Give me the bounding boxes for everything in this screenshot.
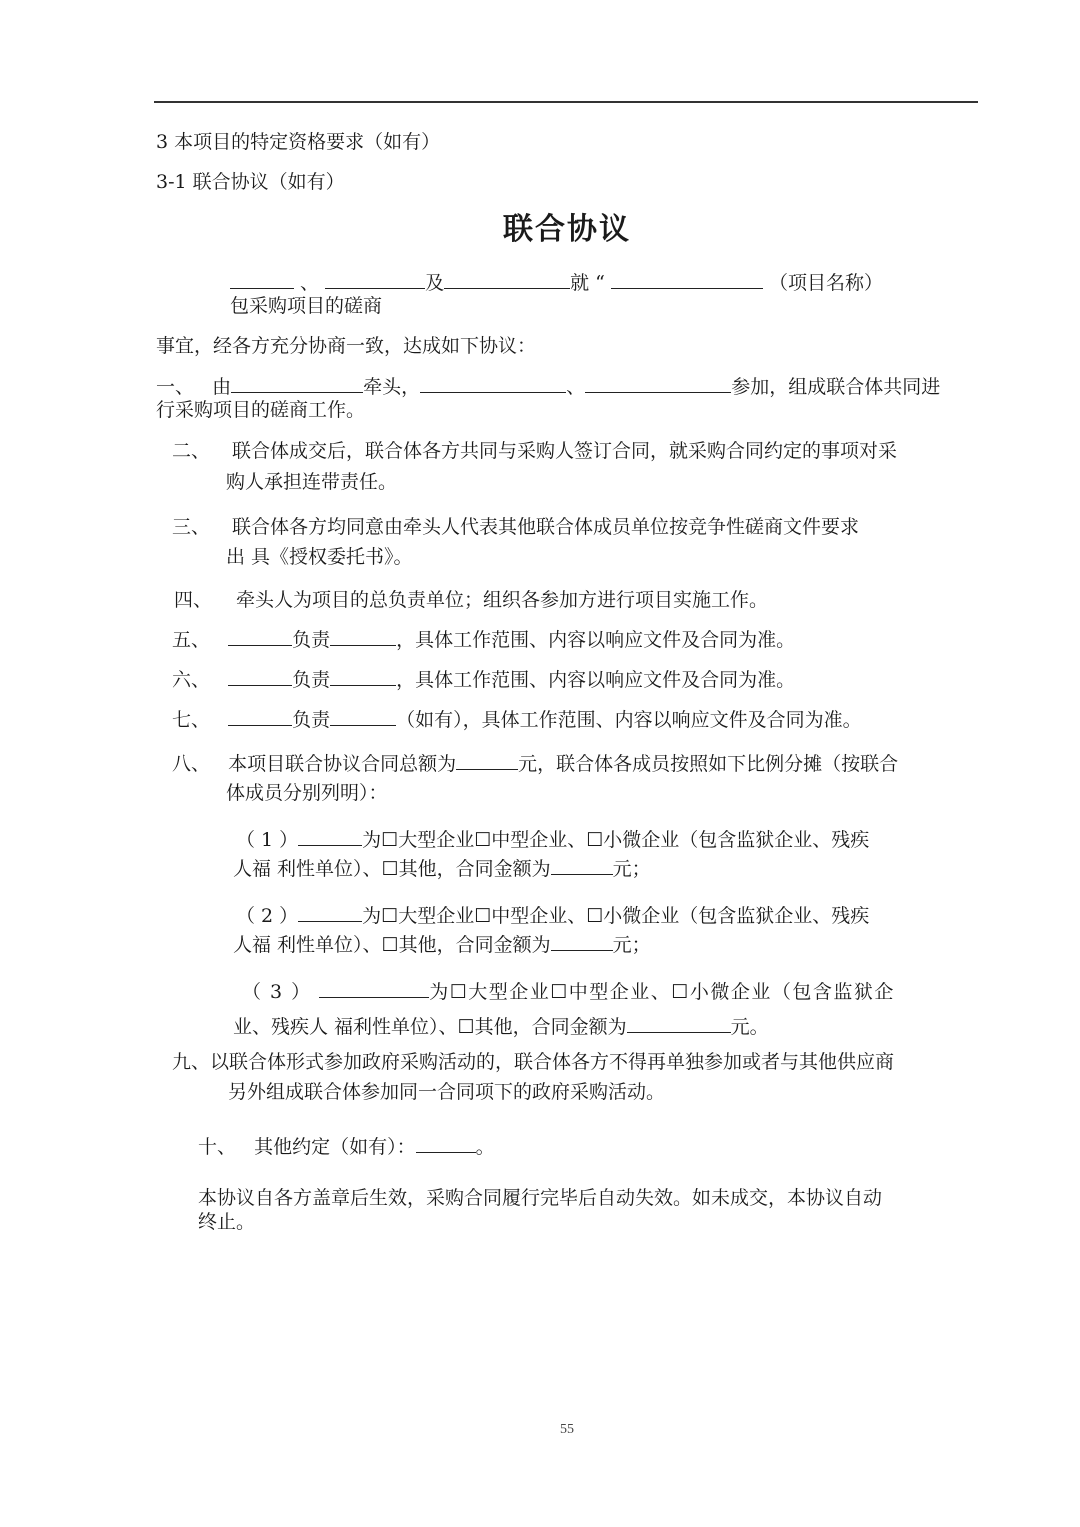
blank-member-1[interactable]	[420, 374, 566, 393]
clause-3-line-2: 出 具《授权委托书》。	[226, 545, 413, 569]
blank-c7-party[interactable]	[228, 707, 292, 726]
blank-c5-scope[interactable]	[330, 627, 396, 646]
clause-6: 六、 负责，具体工作范围、内容以响应文件及合同为准。	[172, 667, 795, 692]
blank-c7-scope[interactable]	[330, 707, 396, 726]
blank-party-2[interactable]	[325, 270, 425, 289]
document-title: 联合协议	[0, 210, 1080, 250]
clause-2-line-2: 购人承担连带责任。	[226, 470, 397, 494]
clause-10: 十、 其他约定（如有）：。	[198, 1134, 495, 1159]
blank-member-3-amount[interactable]	[627, 1014, 731, 1033]
clause-9-line-2: 另外组成联合体参加同一合同项下的政府采购活动。	[228, 1080, 665, 1104]
clause-8: 八、 本项目联合协议合同总额为元，联合体各成员按照如下比例分摊（按联合	[172, 751, 898, 776]
blank-member-2[interactable]	[585, 374, 731, 393]
member-3-line-2: 业、残疾人 福利性单位）、☐其他，合同金额为元。	[233, 1014, 769, 1039]
blank-c6-scope[interactable]	[330, 667, 396, 686]
blank-member-2-name[interactable]	[298, 903, 362, 922]
blank-lead[interactable]	[231, 374, 363, 393]
clause-4-line-1: 牵头人为项目的总负责单位；组织各参加方进行项目实施工作。	[236, 588, 768, 612]
blank-party-3[interactable]	[444, 270, 570, 289]
header-rule	[154, 101, 978, 103]
member-1-line-1: （ 1 ）为☐大型企业☐中型企业、☐小微企业（包含监狱企业、残疾	[236, 827, 869, 852]
clause-1: 一、 由牵头，、参加，组成联合体共同进	[156, 374, 940, 399]
clause-3-line-1: 联合体各方均同意由牵头人代表其他联合体成员单位按竞争性磋商文件要求	[232, 515, 859, 539]
blank-member-1-name[interactable]	[298, 827, 362, 846]
clause-8-line-2: 体成员分别列明）：	[226, 781, 388, 805]
intro-line-2: 包采购项目的磋商	[230, 294, 382, 318]
blank-c5-party[interactable]	[228, 627, 292, 646]
member-2-line-1: （ 2 ）为☐大型企业☐中型企业、☐小微企业（包含监狱企业、残疾	[236, 903, 869, 928]
blank-member-3-name[interactable]	[319, 979, 429, 998]
blank-project-name[interactable]	[611, 270, 763, 289]
blank-member-1-amount[interactable]	[551, 856, 613, 875]
clause-3-num: 三、	[172, 515, 210, 539]
intro-line-3: 事宜，经各方充分协商一致，达成如下协议：	[156, 334, 536, 358]
clause-4-num: 四、	[174, 588, 212, 612]
clause-1-line-2: 行采购项目的磋商工作。	[156, 398, 365, 422]
member-2-line-2: 人福 利性单位）、☐其他，合同金额为元；	[233, 932, 651, 957]
subsection-heading: 3-1 联合协议（如有）	[156, 170, 345, 194]
clause-2-line-1: 联合体成交后，联合体各方共同与采购人签订合同，就采购合同约定的事项对采	[232, 439, 897, 463]
clause-5: 五、 负责，具体工作范围、内容以响应文件及合同为准。	[172, 627, 795, 652]
blank-total-amount[interactable]	[456, 751, 518, 770]
clause-7: 七、 负责（如有），具体工作范围、内容以响应文件及合同为准。	[172, 707, 862, 732]
section-heading: 3 本项目的特定资格要求（如有）	[156, 130, 440, 154]
intro-line-1: 、 及就 “ （项目名称）	[230, 270, 883, 295]
closing-line-1: 本协议自各方盖章后生效，采购合同履行完毕后自动失效。如未成交，本协议自动	[198, 1186, 882, 1210]
blank-c6-party[interactable]	[228, 667, 292, 686]
clause-9-line-1: 九、以联合体形式参加政府采购活动的，联合体各方不得再单独参加或者与其他供应商	[172, 1050, 894, 1074]
clause-2-num: 二、	[172, 439, 210, 463]
member-3-line-1: （ 3 ） 为☐大型企业☐中型企业、☐小微企业（包含监狱企	[242, 979, 895, 1004]
blank-party-1[interactable]	[230, 270, 294, 289]
blank-member-2-amount[interactable]	[551, 932, 613, 951]
member-1-line-2: 人福 利性单位）、☐其他，合同金额为元；	[233, 856, 651, 881]
closing-line-2: 终止。	[198, 1210, 255, 1234]
blank-other-terms[interactable]	[416, 1134, 476, 1153]
page-number: 55	[0, 1422, 1080, 1438]
